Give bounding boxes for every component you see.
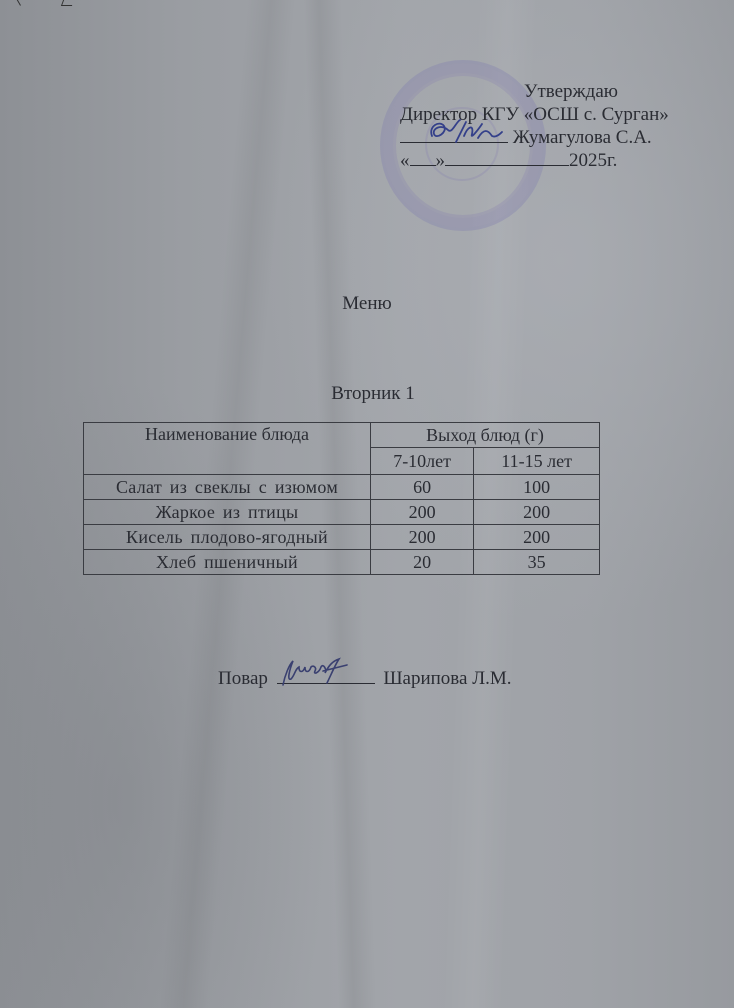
yield-7-10: 20 xyxy=(371,550,474,575)
date-year: 2025г. xyxy=(569,150,617,171)
director-name: Жумагулова С.А. xyxy=(513,127,652,148)
corner-pen-mark xyxy=(14,0,64,10)
table-row: Кисель плодово-ягодный 200 200 xyxy=(84,525,600,550)
approve-word: Утверждаю xyxy=(400,80,730,103)
menu-day: Вторник 1 xyxy=(6,383,734,405)
cook-signature-block: Повар Шарипова Л.М. xyxy=(218,667,512,690)
date-open-quote: « xyxy=(400,150,410,171)
yield-11-15: 200 xyxy=(474,525,600,550)
signature-underline xyxy=(400,126,508,143)
header-dish-name: Наименование блюда xyxy=(84,423,371,475)
header-yield: Выход блюд (г) xyxy=(371,423,600,448)
header-age-11-15: 11-15 лет xyxy=(474,448,600,475)
yield-11-15: 100 xyxy=(474,475,600,500)
yield-11-15: 200 xyxy=(474,500,600,525)
yield-11-15: 35 xyxy=(474,550,600,575)
table-row: Салат из свеклы с изюмом 60 100 xyxy=(84,475,600,500)
dish-name: Жаркое из птицы xyxy=(84,500,371,525)
date-close-quote: » xyxy=(436,150,446,171)
director-signature-line: Жумагулова С.А. xyxy=(400,126,730,149)
cook-signature-icon xyxy=(277,653,357,687)
table-row: Жаркое из птицы 200 200 xyxy=(84,500,600,525)
cook-name: Шарипова Л.М. xyxy=(383,668,511,689)
yield-7-10: 200 xyxy=(371,500,474,525)
document-title: Меню xyxy=(0,293,734,315)
director-signature-icon xyxy=(426,116,504,146)
cook-label: Повар xyxy=(218,668,268,689)
table-row: Хлеб пшеничный 20 35 xyxy=(84,550,600,575)
menu-table: Наименование блюда Выход блюд (г) 7-10ле… xyxy=(83,422,600,575)
approval-date: «»2025г. xyxy=(400,149,730,172)
date-day-blank xyxy=(410,151,436,166)
dish-name: Хлеб пшеничный xyxy=(84,550,371,575)
yield-7-10: 200 xyxy=(371,525,474,550)
header-age-7-10: 7-10лет xyxy=(371,448,474,475)
cook-signature-underline xyxy=(277,667,375,684)
approval-block: Утверждаю Директор КГУ «ОСШ с. Сурган» Ж… xyxy=(400,80,730,172)
dish-name: Салат из свеклы с изюмом xyxy=(84,475,371,500)
yield-7-10: 60 xyxy=(371,475,474,500)
date-month-blank xyxy=(445,151,569,166)
dish-name: Кисель плодово-ягодный xyxy=(84,525,371,550)
